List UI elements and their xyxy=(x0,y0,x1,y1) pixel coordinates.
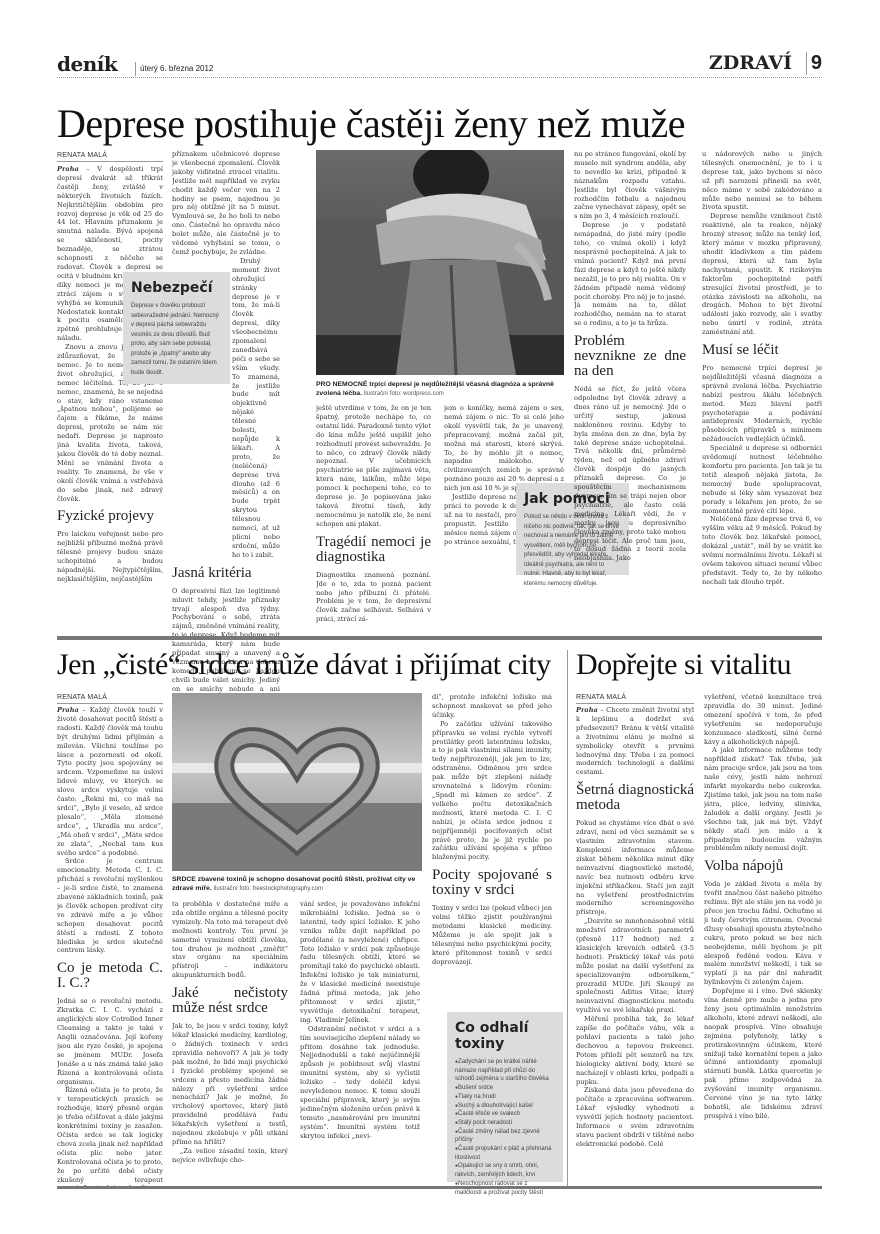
paragraph: příznakem učebnicové deprese je všeobecn… xyxy=(172,150,280,257)
subheading: Jaké nečistoty může nést srdce xyxy=(172,986,288,1016)
paragraph: Druhý moment život ohrožující stránky de… xyxy=(172,257,280,560)
dateline: Praha xyxy=(576,706,598,714)
article2-byline: RENATA MALÁ xyxy=(57,694,163,704)
paragraph: Nedá se říct, že ještě včera odpoledne b… xyxy=(574,385,686,563)
symptom-list: Zadýchání se po krátké náhlé námaze např… xyxy=(455,1058,555,1197)
paragraph: Voda je základ života a měla by tvořit z… xyxy=(704,880,822,987)
paragraph: Diagnostika znamená poznání. Jde o to, z… xyxy=(316,571,431,624)
paragraph: vání srdce, je považováno infekční mikro… xyxy=(300,900,420,1025)
paragraph: ta proběhla v dostatečné míře a zda obtí… xyxy=(172,900,288,980)
symptom-item: Opakující se sny o smrti, ohni, rakvích,… xyxy=(455,1162,555,1179)
paragraph: Měření probíhá tak, že lékař zapíše do p… xyxy=(576,1015,694,1086)
section-title: ZDRAVÍ xyxy=(709,52,792,74)
paragraph: Deprese nemůže vzniknout čistě reaktivně… xyxy=(702,212,822,337)
photo-credit: Ilustrační foto: freestockphotography.co… xyxy=(212,886,323,892)
paragraph: Pokud se chystáme více dbát o své zdraví… xyxy=(576,819,694,917)
photo-caption: PRO NEMOCNÉ trpící depresí je nejdůležit… xyxy=(316,380,566,399)
sidebar-box-co-odhali-toxiny: Co odhalí toxiny Zadýchání se po krátké … xyxy=(447,1012,563,1182)
paragraph: Pro laickou veřejnost nebo pro nejbližší… xyxy=(57,530,163,583)
symptom-item: Bušení srdce xyxy=(455,1084,555,1093)
masthead: deník úterý 6. března 2012 ZDRAVÍ 9 xyxy=(57,50,822,78)
column-divider xyxy=(567,650,568,1186)
paragraph: Speciálně u deprese si odborníci uvědomu… xyxy=(702,444,822,515)
subheading: Fyzické projevy xyxy=(57,509,163,524)
symptom-item: Časté změny nálad bez zjevné příčiny xyxy=(455,1128,555,1145)
subheading: Tragédií nemoci je diagnostika xyxy=(316,535,431,565)
paragraph: Toxiny v srdci lze (pokud vůbec) jen vel… xyxy=(432,904,552,966)
paragraph: ještě utvrdíme v tom, že on je ten špatn… xyxy=(316,404,431,529)
paragraph: Odstranění nečistot v srdci a s tím souv… xyxy=(300,1025,420,1141)
symptom-item: Tlaky na hrudi xyxy=(455,1093,555,1102)
paragraph: „Dozvíte se mnohonásobně větší množství … xyxy=(576,917,694,1015)
paragraph: „Za velice zásadní toxin, který nejvíce … xyxy=(172,1147,288,1165)
paragraph: jem o koníčky, nemá zájem o sex, nemá zá… xyxy=(444,404,564,493)
dateline: Praha xyxy=(57,706,79,714)
article1-column-2: příznakem učebnicové deprese je všeobecn… xyxy=(172,150,280,733)
page-number: 9 xyxy=(806,52,822,75)
symptom-item: Časté propukání v pláč a přehnaná lítost… xyxy=(455,1145,555,1162)
article1-headline: Deprese postihuje častěji ženy než muže xyxy=(57,104,685,144)
paragraph: A jaké informace můžeme tedy například z… xyxy=(704,746,822,853)
photo-credit: Ilustrační foto: wordpress.com xyxy=(362,391,444,397)
subheading: Problém nevznikne ze dne na den xyxy=(574,334,686,379)
paragraph: Dopřejme si i víno. Dvě sklenky vína den… xyxy=(704,987,822,1121)
depressed-man-photo xyxy=(316,150,564,375)
paragraph: – Každý člověk touží v životě dosahovat … xyxy=(57,706,163,857)
article2-headline: Jen „čisté“ srdce může dávat i přijímat … xyxy=(57,650,551,680)
paragraph: – Chcete změnit životní styl k lepšímu a… xyxy=(576,706,694,776)
heart-hands-photo xyxy=(172,693,422,871)
paragraph: Po začátku užívání takového přípravku se… xyxy=(432,720,552,863)
article1-column-6: u nádorových nebo u jiných tělesných one… xyxy=(702,150,822,733)
paragraph: Jak to, že jsou v srdci toxiny, když lék… xyxy=(172,1022,288,1147)
dateline: Praha xyxy=(57,165,79,173)
symptom-item: Stálý pocit neradosti xyxy=(455,1119,555,1128)
paragraph: Jedná se o revoluční metodu. Zkratka C. … xyxy=(57,997,163,1086)
heart-hands-icon xyxy=(172,693,422,871)
article2-column-2: ta proběhla v dostatečné míře a zda obtí… xyxy=(172,900,288,1186)
paragraph: Srdce je centrum emocionality. Metoda C.… xyxy=(57,857,163,955)
article1-byline: RENATA MALÁ xyxy=(57,152,163,162)
paragraph: Řízená očista je to proto, že v terapeut… xyxy=(57,1086,163,1186)
paragraph: di“, protože infekční ložisko má schopno… xyxy=(432,693,552,720)
symptom-item: Suchý a dlouhotrvající kašel xyxy=(455,1102,555,1111)
box-title: Co odhalí toxiny xyxy=(455,1020,555,1052)
article2-column-4: di“, protože infekční ložisko má schopno… xyxy=(432,693,552,1013)
subheading: Jasná kritéria xyxy=(172,566,280,581)
subheading: Musí se léčit xyxy=(702,343,822,358)
subheading: Pocity spojované s toxiny v srdci xyxy=(432,868,552,898)
newspaper-logo: deník xyxy=(57,52,117,76)
article2-column-3: vání srdce, je považováno infekční mikro… xyxy=(300,900,420,1186)
article3-headline: Dopřejte si vitalitu xyxy=(576,650,791,680)
paragraph: Neléčená fáze deprese trvá 6, ve vyšším … xyxy=(702,515,822,586)
paragraph: nu po stránce fungování, okolí by muselo… xyxy=(574,150,686,221)
issue-date: úterý 6. března 2012 xyxy=(135,62,213,76)
bottom-divider xyxy=(57,1186,822,1189)
subheading: Co je metoda C. I. C.? xyxy=(57,961,163,991)
section-divider xyxy=(57,636,822,640)
paragraph: Deprese je v podstatě nenápadná, do jist… xyxy=(574,221,686,328)
article1-column-5: nu po stránce fungování, okolí by muselo… xyxy=(574,150,686,733)
paragraph: u nádorových nebo u jiných tělesných one… xyxy=(702,150,822,212)
paragraph: vyšetření, včetně konzultace trvá zpravi… xyxy=(704,693,822,746)
photo-caption: SRDCE zbavené toxinů je schopno dosahova… xyxy=(172,875,422,894)
photo-illustration-icon xyxy=(316,150,564,375)
subheading: Volba nápojů xyxy=(704,859,822,874)
article3-byline: RENATA MALÁ xyxy=(576,694,694,704)
paragraph: Získaná data jsou převedena do počítače … xyxy=(576,1086,694,1148)
symptom-item: Časté křeče ve svalech xyxy=(455,1110,555,1119)
article1-column-3: ještě utvrdíme v tom, že on je ten špatn… xyxy=(316,404,431,734)
paragraph: Pro nemocné trpící depresí je nejdůležit… xyxy=(702,364,822,444)
symptom-item: Zadýchání se po krátké náhlé námaze např… xyxy=(455,1058,555,1084)
article3-column-2: vyšetření, včetně konzultace trvá zpravi… xyxy=(704,693,822,1186)
article2-column-1: Praha – Každý člověk touží v životě dosa… xyxy=(57,706,163,1186)
subheading: Šetrná diagnostická metoda xyxy=(576,783,694,813)
article3-column-1: Praha – Chcete změnit životní styl k lep… xyxy=(576,706,694,1186)
